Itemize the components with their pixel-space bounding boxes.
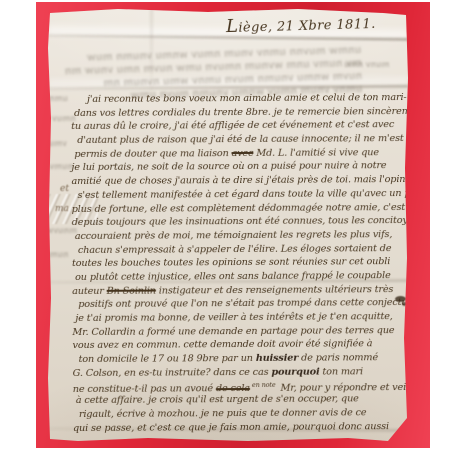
letter-text: toutes les bouches toutes les opinions s… (72, 256, 390, 269)
letter-text: tu auras dû le croire, j'ai été affligée… (71, 119, 394, 132)
letter-text: auteur (72, 285, 107, 296)
letter-text: plus de fortune, elle est complètement d… (72, 201, 405, 214)
letter-text: qui se passe, et c'est ce que je fais mo… (73, 421, 389, 434)
struck-out-word: avec (232, 148, 254, 159)
letter-text: de paris nommé (298, 352, 378, 363)
letter-text: ou plutôt cette injustice, elles ont san… (75, 270, 391, 283)
letter-text: pourquoi (271, 366, 319, 377)
letter-text: Md. L. l'amitié si vive que (253, 147, 379, 159)
letter-text: Mr. Collardin a formé une demande en par… (72, 325, 394, 338)
letter-text: s'est tellement manifestée à cet égard d… (78, 188, 423, 201)
letter-text: j'ai reconnu tes bons voeux mon aimable … (87, 92, 407, 105)
letter-dateline: Liège, 21 Xbre 1811. (226, 12, 376, 37)
letter-text: G. Colson, en es-tu instruite? dans ce c… (73, 367, 272, 379)
letter-text: rigault, écrive à mozhou. je ne puis que… (79, 407, 367, 420)
showthrough-mark: munv nmu (344, 60, 390, 70)
letter-text: je lui portais, ne soit de la source où … (71, 161, 386, 174)
struck-out-word: Bn Soinlin (107, 285, 156, 296)
letter-text: chacun s'empressait à s'appeler de l'éli… (78, 243, 391, 256)
letter-text: instigateur et des renseignements ultéri… (156, 284, 393, 296)
margin-ink-mark: et (60, 184, 69, 194)
letter-text: accouraient près de moi, me témoignaient… (75, 229, 393, 242)
letter-text: permis de douter que ma liaison (74, 148, 231, 160)
letter-text: ton domicile le 17 ou 18 9bre par un (79, 353, 256, 365)
letter-line: qui se passe, et c'est ce que je fais mo… (73, 419, 411, 435)
letter-text: huissier (256, 353, 299, 364)
letter-text: vous avez en commun. cette demande doit … (72, 339, 372, 352)
letter-text: d'autant plus de raison que j'ai été de … (77, 133, 423, 146)
letter-text: amitié que de choses j'aurais à te dire … (71, 174, 420, 187)
letter-text: positifs ont prouvé que l'on ne s'était … (78, 297, 420, 310)
letter-text: ton mari (320, 366, 364, 377)
photo-of-letter: unmw muvnn umnv vnum nmuv wnmu vnumn muw… (0, 0, 450, 450)
letter-text: je t'ai promis ma bonne, de veiller à te… (75, 311, 392, 324)
letter-paper: unmw muvnn umnv vnum nmuv wnmu vnumn muw… (48, 8, 408, 441)
interlinear-note: en note (252, 381, 276, 389)
letter-body: j'ai reconnu tes bons voeux mon aimable … (71, 91, 411, 435)
letter-text: depuis toujours que les insinuations ont… (72, 215, 424, 228)
letter-text: dans vos lettres cordiales du trente 8br… (74, 106, 429, 119)
margin-ink-mark: ma (55, 204, 69, 214)
letter-text: à cette affaire. je crois qu'il est urge… (76, 393, 359, 406)
